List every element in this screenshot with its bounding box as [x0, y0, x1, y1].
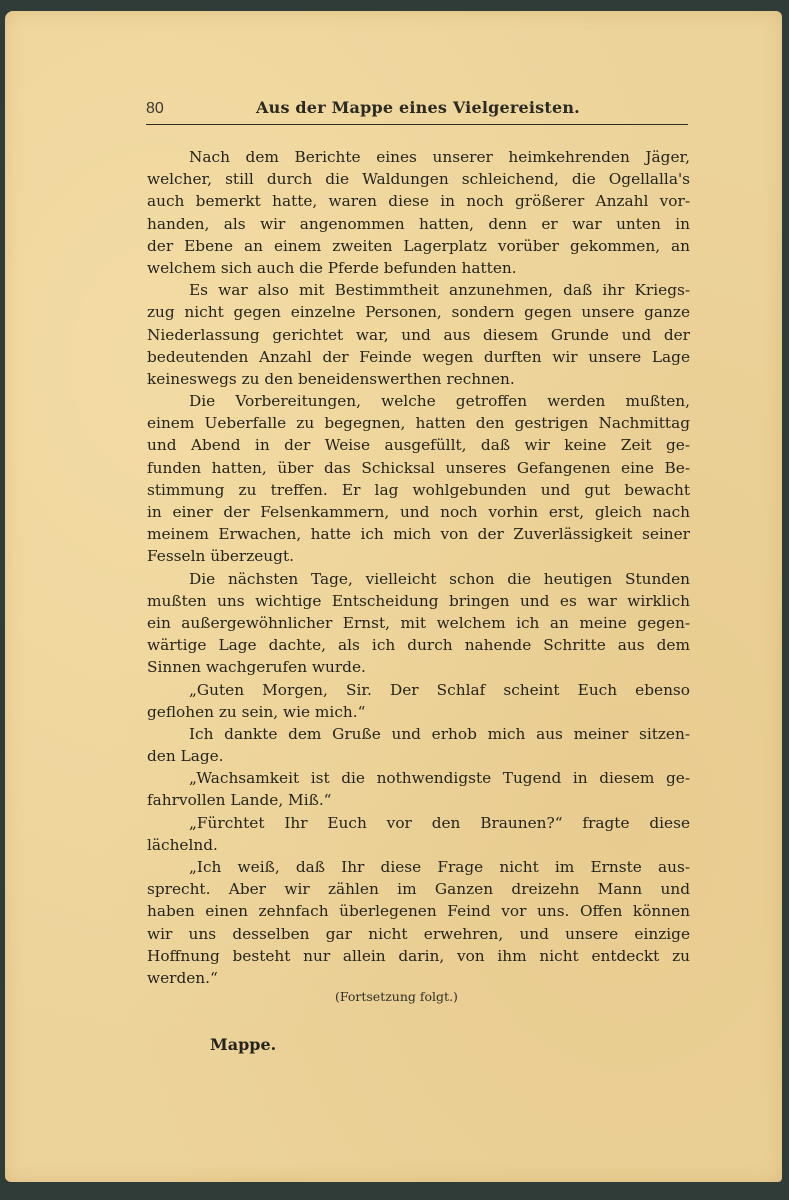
text-line: welcher, still durch die Waldungen schle… [147, 168, 690, 190]
text-line: den Lage. [147, 745, 690, 767]
text-line: geflohen zu sein, wie mich.“ [147, 701, 690, 723]
text-line: Die nächsten Tage, vielleicht schon die … [147, 568, 690, 590]
text-line: fahrvollen Lande, Miß.“ [147, 789, 690, 811]
text-line: auch bemerkt hatte, waren diese in noch … [147, 190, 690, 212]
text-line: welchem sich auch die Pferde befunden ha… [147, 257, 690, 279]
text-line: ein außergewöhnlicher Ernst, mit welchem… [147, 612, 690, 634]
page-number: 80 [146, 100, 164, 118]
continued-note: (Fortsetzung folgt.) [335, 989, 458, 1004]
text-line: „Wachsamkeit ist die nothwendigste Tugen… [147, 767, 690, 789]
text-line: Ich dankte dem Gruße und erhob mich aus … [147, 723, 690, 745]
text-line: meinem Erwachen, hatte ich mich von der … [147, 523, 690, 545]
text-line: mußten uns wichtige Entscheidung bringen… [147, 590, 690, 612]
text-line: keineswegs zu den beneidenswerthen rechn… [147, 368, 690, 390]
text-line: bedeutenden Anzahl der Feinde wegen durf… [147, 346, 690, 368]
text-line: „Guten Morgen, Sir. Der Schlaf scheint E… [147, 679, 690, 701]
text-line: Nach dem Berichte eines unserer heimkehr… [147, 146, 690, 168]
page-header: 80 Aus der Mappe eines Vielgereisten. [146, 100, 688, 124]
body-text: Nach dem Berichte eines unserer heimkehr… [147, 146, 690, 989]
text-line: werden.“ [147, 967, 690, 989]
text-line: Die Vorbereitungen, welche getroffen wer… [147, 390, 690, 412]
header-rule [146, 124, 688, 125]
text-line: Hoffnung besteht nur allein darin, von i… [147, 945, 690, 967]
text-line: handen, als wir angenommen hatten, denn … [147, 213, 690, 235]
text-line: lächelnd. [147, 834, 690, 856]
text-line: Niederlassung gerichtet war, und aus die… [147, 324, 690, 346]
text-line: sprecht. Aber wir zählen im Ganzen dreiz… [147, 878, 690, 900]
text-line: Sinnen wachgerufen wurde. [147, 656, 690, 678]
text-line: funden hatten, über das Schicksal unsere… [147, 457, 690, 479]
text-line: „Ich weiß, daß Ihr diese Frage nicht im … [147, 856, 690, 878]
text-line: „Fürchtet Ihr Euch vor den Braunen?“ fra… [147, 812, 690, 834]
text-line: wir uns desselben gar nicht erwehren, un… [147, 923, 690, 945]
author-signature: Mappe. [210, 1035, 276, 1054]
running-title: Aus der Mappe eines Vielgereisten. [256, 98, 580, 117]
text-line: haben einen zehnfach überlegenen Feind v… [147, 900, 690, 922]
text-line: und Abend in der Weise ausgefüllt, daß w… [147, 434, 690, 456]
text-line: zug nicht gegen einzelne Personen, sonde… [147, 301, 690, 323]
text-line: einem Ueberfalle zu begegnen, hatten den… [147, 412, 690, 434]
text-line: Es war also mit Bestimmtheit anzunehmen,… [147, 279, 690, 301]
text-line: in einer der Felsenkammern, und noch vor… [147, 501, 690, 523]
text-line: der Ebene an einem zweiten Lagerplatz vo… [147, 235, 690, 257]
text-line: Fesseln überzeugt. [147, 545, 690, 567]
text-line: stimmung zu treffen. Er lag wohlgebunden… [147, 479, 690, 501]
text-line: wärtige Lage dachte, als ich durch nahen… [147, 634, 690, 656]
